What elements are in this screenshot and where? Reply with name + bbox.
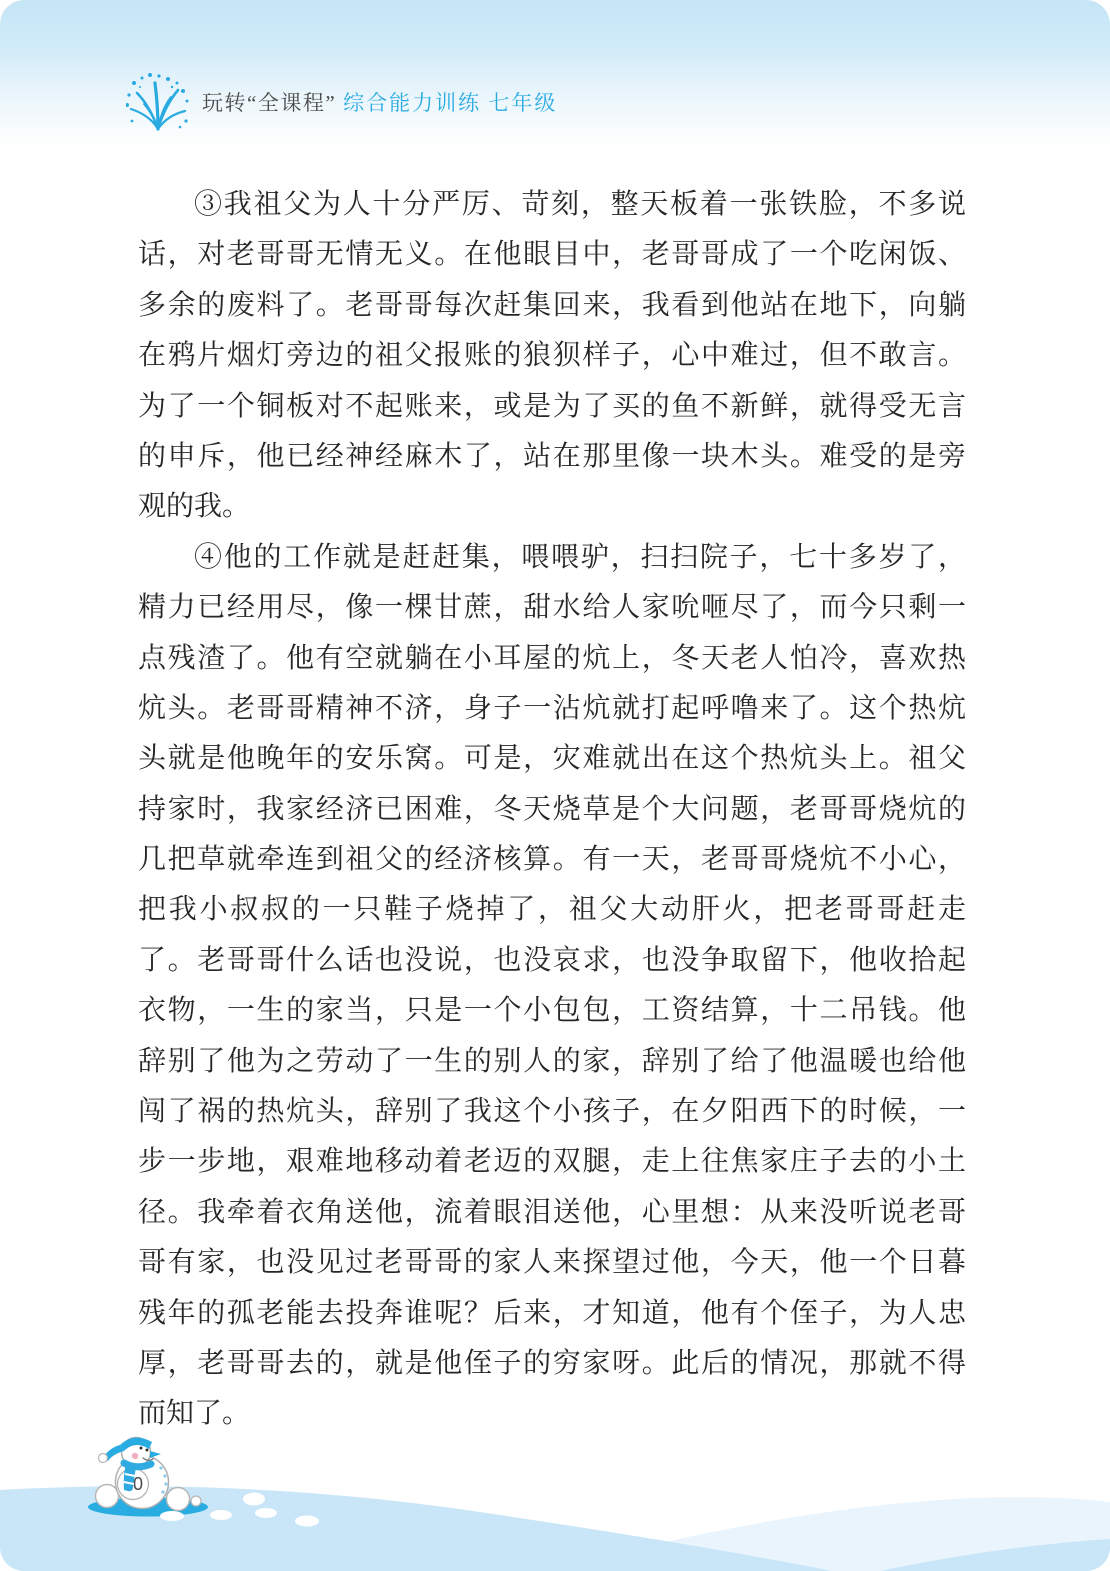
book-subtitle: 综合能力训练 七年级 — [343, 91, 557, 115]
text-line: 辞别了他为之劳动了一生的别人的家，辞别了给了他温暖也给他 — [138, 1037, 966, 1087]
series-title: 玩转“全课程” — [202, 91, 336, 115]
footer-decoration: 10 — [0, 1400, 1110, 1571]
text-line: 精力已经用尽，像一棵甘蔗，甜水给人家吮咂尽了，而今只剩一 — [138, 583, 966, 633]
page-header: 玩转“全课程”综合能力训练 七年级 — [126, 72, 557, 134]
text-line: 几把草就牵连到祖父的经济核算。有一天，老哥哥烧炕不小心， — [138, 835, 966, 885]
workbook-page: 玩转“全课程”综合能力训练 七年级 ③我祖父为人十分严厉、苛刻，整天板着一张铁脸… — [0, 0, 1110, 1571]
text-line: 多余的废料了。老哥哥每次赶集回来，我看到他站在地下，向躺 — [138, 281, 966, 331]
text-line: ④他的工作就是赶赶集，喂喂驴，扫扫院子，七十多岁了， — [138, 533, 966, 583]
text-line: 头就是他晚年的安乐窝。可是，灾难就出在这个热炕头上。祖父 — [138, 734, 966, 784]
text-line: 在鸦片烟灯旁边的祖父报账的狼狈样子，心中难过，但不敢言。 — [138, 331, 966, 381]
text-line: 闯了祸的热炕头，辞别了我这个小孩子，在夕阳西下的时候，一 — [138, 1087, 966, 1137]
snowman-icon: 10 — [96, 1438, 202, 1511]
text-line: 观的我。 — [138, 482, 966, 532]
article-text: ③我祖父为人十分严厉、苛刻，整天板着一张铁脸，不多说话，对老哥哥无情无义。在他眼… — [138, 180, 966, 1440]
text-line: 话，对老哥哥无情无义。在他眼目中，老哥哥成了一个吃闲饭、 — [138, 230, 966, 280]
text-line: 为了一个铜板对不起账来，或是为了买的鱼不新鲜，就得受无言 — [138, 382, 966, 432]
text-line: 持家时，我家经济已困难，冬天烧草是个大问题，老哥哥烧炕的 — [138, 785, 966, 835]
text-line: 点残渣了。他有空就躺在小耳屋的炕上，冬天老人怕冷，喜欢热 — [138, 634, 966, 684]
text-line: 哥有家，也没见过老哥哥的家人来探望过他，今天，他一个日暮 — [138, 1238, 966, 1288]
text-line: 衣物，一生的家当，只是一个小包包，工资结算，十二吊钱。他 — [138, 986, 966, 1036]
text-line: 了。老哥哥什么话也没说，也没哀求，也没争取留下，他收拾起 — [138, 936, 966, 986]
firework-splash-icon — [126, 73, 190, 133]
book-title: 玩转“全课程”综合能力训练 七年级 — [202, 93, 557, 114]
text-line: 步一步地，艰难地移动着老迈的双腿，走上往焦家庄子去的小土 — [138, 1137, 966, 1187]
text-line: 把我小叔叔的一只鞋子烧掉了，祖父大动肝火，把老哥哥赶走 — [138, 885, 966, 935]
text-line: ③我祖父为人十分严厉、苛刻，整天板着一张铁脸，不多说 — [138, 180, 966, 230]
text-line: 的申斥，他已经神经麻木了，站在那里像一块木头。难受的是旁 — [138, 432, 966, 482]
text-line: 厚，老哥哥去的，就是他侄子的穷家呀。此后的情况，那就不得 — [138, 1339, 966, 1389]
text-line: 残年的孤老能去投奔谁呢？后来，才知道，他有个侄子，为人忠 — [138, 1289, 966, 1339]
text-line: 径。我牵着衣角送他，流着眼泪送他，心里想：从来没听说老哥 — [138, 1188, 966, 1238]
text-line: 炕头。老哥哥精神不济，身子一沾炕就打起呼噜来了。这个热炕 — [138, 684, 966, 734]
